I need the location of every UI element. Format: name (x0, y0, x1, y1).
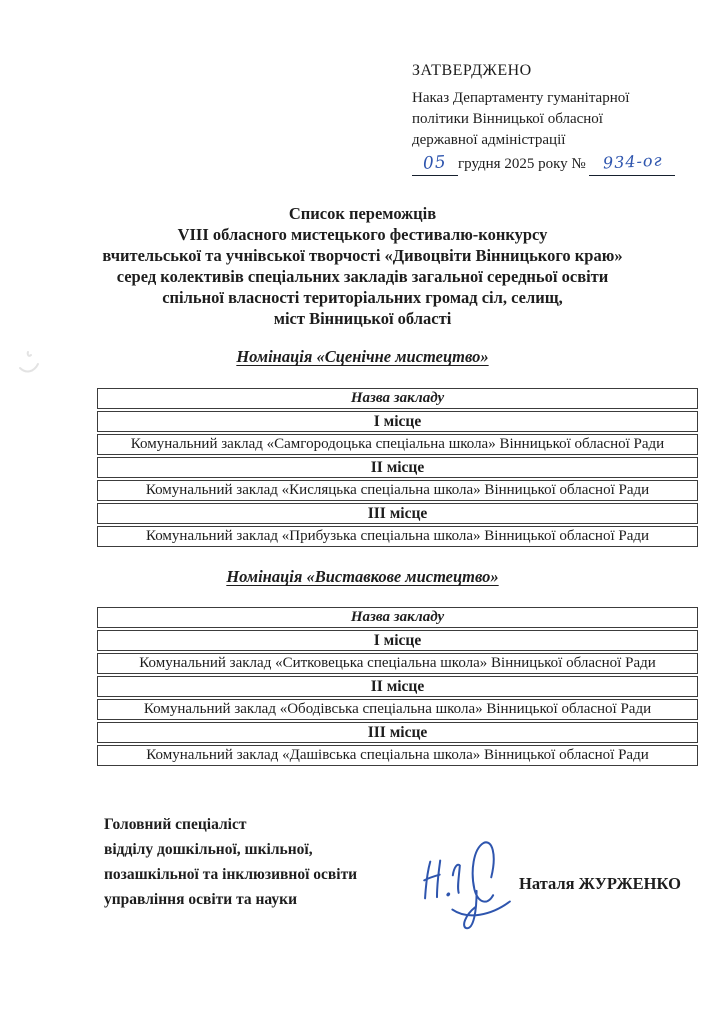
signatory-name: Наталя ЖУРЖЕНКО (519, 874, 681, 894)
table-row: Комунальний заклад «Кисляцька спеціальна… (97, 480, 698, 501)
winners-table-exhibition-art: Назва закладу І місце Комунальний заклад… (97, 605, 698, 768)
approved-label: ЗАТВЕРДЖЕНО (412, 60, 712, 81)
signature-scribble (416, 836, 516, 938)
approval-order-line-3: державної адміністрації (412, 130, 712, 151)
place-label-3: ІІІ місце (97, 722, 698, 743)
school-name-2: Комунальний заклад «Ободівська спеціальн… (97, 699, 698, 720)
table-row: Комунальний заклад «Ситковецька спеціаль… (97, 653, 698, 674)
title-line-4: серед колективів спеціальних закладів за… (0, 266, 725, 287)
title-line-6: міст Вінницької області (0, 308, 725, 329)
position-line-4: управління освіти та науки (104, 887, 434, 912)
column-header-school-name: Назва закладу (97, 607, 698, 628)
table-row: ІІІ місце (97, 503, 698, 524)
title-line-3: вчительської та учнівської творчості «Ди… (0, 245, 725, 266)
table-row: ІІ місце (97, 457, 698, 478)
signatory-position-block: Головний спеціаліст відділу дошкільної, … (104, 812, 434, 912)
place-label-3: ІІІ місце (97, 503, 698, 524)
table-row: Комунальний заклад «Прибузька спеціальна… (97, 526, 698, 547)
place-label-2: ІІ місце (97, 676, 698, 697)
title-line-1: Список переможців (0, 203, 725, 224)
date-printed-text: грудня 2025 року № (458, 156, 586, 172)
handwritten-order-number: 934-ог (602, 149, 663, 173)
nomination-heading-exhibition-art: Номінація «Виставкове мистецтво» (0, 567, 725, 587)
place-label-2: ІІ місце (97, 457, 698, 478)
table-row: ІІ місце (97, 676, 698, 697)
scanned-document-page: { "approval": { "approved_label": "ЗАТВЕ… (0, 0, 725, 1024)
place-label-1: І місце (97, 411, 698, 432)
approval-block: ЗАТВЕРДЖЕНО Наказ Департаменту гуманітар… (412, 60, 712, 176)
table-row: Комунальний заклад «Самгородоцька спеціа… (97, 434, 698, 455)
school-name-3: Комунальний заклад «Прибузька спеціальна… (97, 526, 698, 547)
position-line-1: Головний спеціаліст (104, 812, 434, 837)
order-number-blank: 934-ог (589, 152, 675, 176)
table-header-row: Назва закладу (97, 388, 698, 409)
handwritten-day: 05 (422, 152, 447, 175)
position-line-2: відділу дошкільної, шкільної, (104, 837, 434, 862)
table-row: Комунальний заклад «Ободівська спеціальн… (97, 699, 698, 720)
school-name-1: Комунальний заклад «Самгородоцька спеціа… (97, 434, 698, 455)
school-name-3: Комунальний заклад «Дашівська спеціальна… (97, 745, 698, 766)
approval-date-line: 05грудня 2025 року № 934-ог (412, 152, 712, 176)
title-line-2: VIII обласного мистецького фестивалю-кон… (0, 224, 725, 245)
document-title: Список переможців VIII обласного мистець… (0, 203, 725, 329)
approval-order-line-1: Наказ Департаменту гуманітарної (412, 88, 712, 109)
table-row: І місце (97, 630, 698, 651)
position-line-3: позашкільної та інклюзивної освіти (104, 862, 434, 887)
column-header-school-name: Назва закладу (97, 388, 698, 409)
school-name-1: Комунальний заклад «Ситковецька спеціаль… (97, 653, 698, 674)
title-line-5: спільної власності територіальних громад… (0, 287, 725, 308)
table-row: І місце (97, 411, 698, 432)
nomination-heading-stage-art: Номінація «Сценічне мистецтво» (0, 347, 725, 367)
winners-table-stage-art: Назва закладу І місце Комунальний заклад… (97, 386, 698, 549)
approval-order-line-2: політики Вінницької обласної (412, 109, 712, 130)
school-name-2: Комунальний заклад «Кисляцька спеціальна… (97, 480, 698, 501)
table-row: Комунальний заклад «Дашівська спеціальна… (97, 745, 698, 766)
date-day-blank: 05 (412, 153, 458, 176)
table-header-row: Назва закладу (97, 607, 698, 628)
table-row: ІІІ місце (97, 722, 698, 743)
place-label-1: І місце (97, 630, 698, 651)
